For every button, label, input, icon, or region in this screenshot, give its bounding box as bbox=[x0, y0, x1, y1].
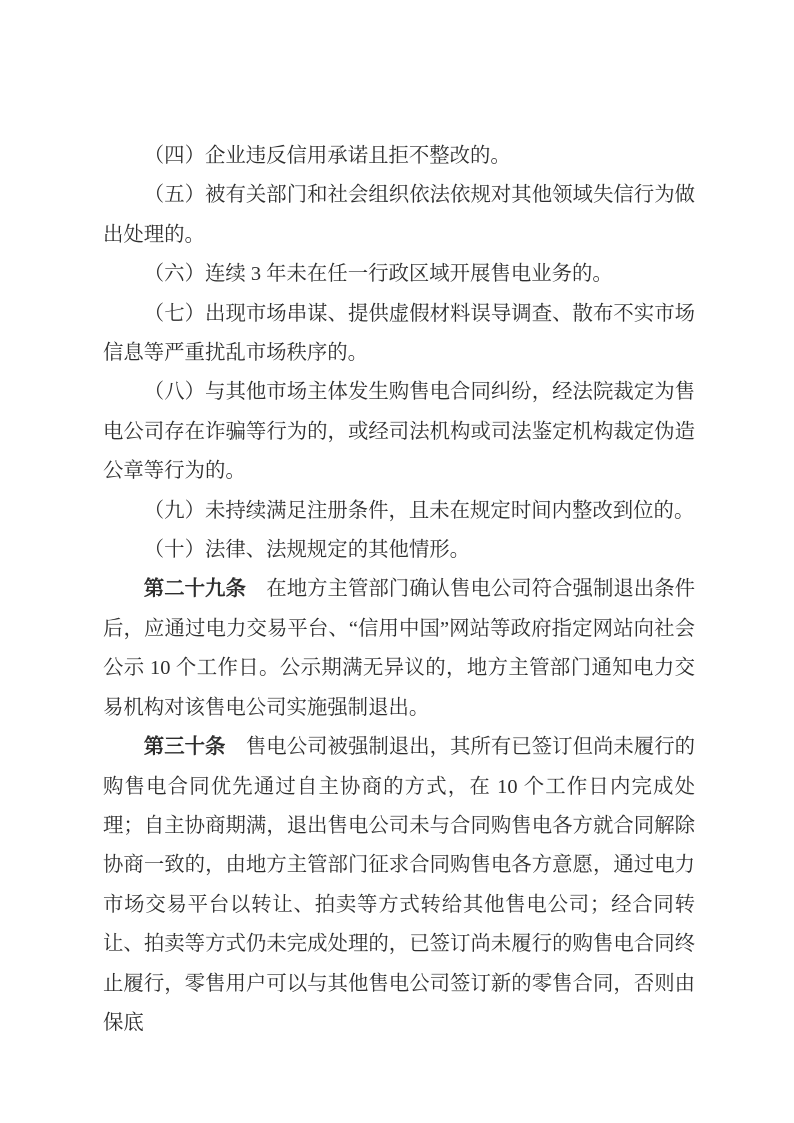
paragraph-text: （八）与其他市场主体发生购售电合同纠纷，经法院裁定为售电公司存在诈骗等行为的，或… bbox=[103, 381, 695, 482]
clause-4: （四）企业违反信用承诺且拒不整改的。 bbox=[103, 137, 695, 176]
article-29-number: 第二十九条 bbox=[144, 578, 246, 600]
clause-9: （九）未持续满足注册条件，且未在规定时间内整改到位的。 bbox=[103, 492, 695, 531]
article-30: 第三十条 售电公司被强制退出，其所有已签订但尚未履行的购售电合同优先通过自主协商… bbox=[103, 728, 695, 1043]
paragraph-text: 售电公司被强制退出，其所有已签订但尚未履行的购售电合同优先通过自主协商的方式，在… bbox=[103, 736, 695, 1034]
paragraph-text: （九）未持续满足注册条件，且未在规定时间内整改到位的。 bbox=[144, 500, 695, 522]
clause-7: （七）出现市场串谋、提供虚假材料误导调查、散布不实市场信息等严重扰乱市场秩序的。 bbox=[103, 295, 695, 374]
paragraph-text: （七）出现市场串谋、提供虚假材料误导调查、散布不实市场信息等严重扰乱市场秩序的。 bbox=[103, 303, 695, 364]
document-page: （四）企业违反信用承诺且拒不整改的。 （五）被有关部门和社会组织依法依规对其他领… bbox=[0, 0, 794, 1123]
clause-10: （十）法律、法规规定的其他情形。 bbox=[103, 531, 695, 570]
paragraph-text: （十）法律、法规规定的其他情形。 bbox=[144, 539, 470, 561]
paragraph-text: （六）连续 3 年未在任一行政区域开展售电业务的。 bbox=[144, 263, 613, 285]
page-body-text: （四）企业违反信用承诺且拒不整改的。 （五）被有关部门和社会组织依法依规对其他领… bbox=[103, 137, 695, 1043]
clause-5: （五）被有关部门和社会组织依法依规对其他领域失信行为做出处理的。 bbox=[103, 176, 695, 255]
clause-8: （八）与其他市场主体发生购售电合同纠纷，经法院裁定为售电公司存在诈骗等行为的，或… bbox=[103, 373, 695, 491]
clause-6: （六）连续 3 年未在任一行政区域开展售电业务的。 bbox=[103, 255, 695, 294]
paragraph-text: （五）被有关部门和社会组织依法依规对其他领域失信行为做出处理的。 bbox=[103, 184, 695, 245]
paragraph-text: （四）企业违反信用承诺且拒不整改的。 bbox=[144, 145, 511, 167]
article-30-number: 第三十条 bbox=[144, 736, 226, 758]
article-29: 第二十九条 在地方主管部门确认售电公司符合强制退出条件后，应通过电力交易平台、“… bbox=[103, 570, 695, 728]
